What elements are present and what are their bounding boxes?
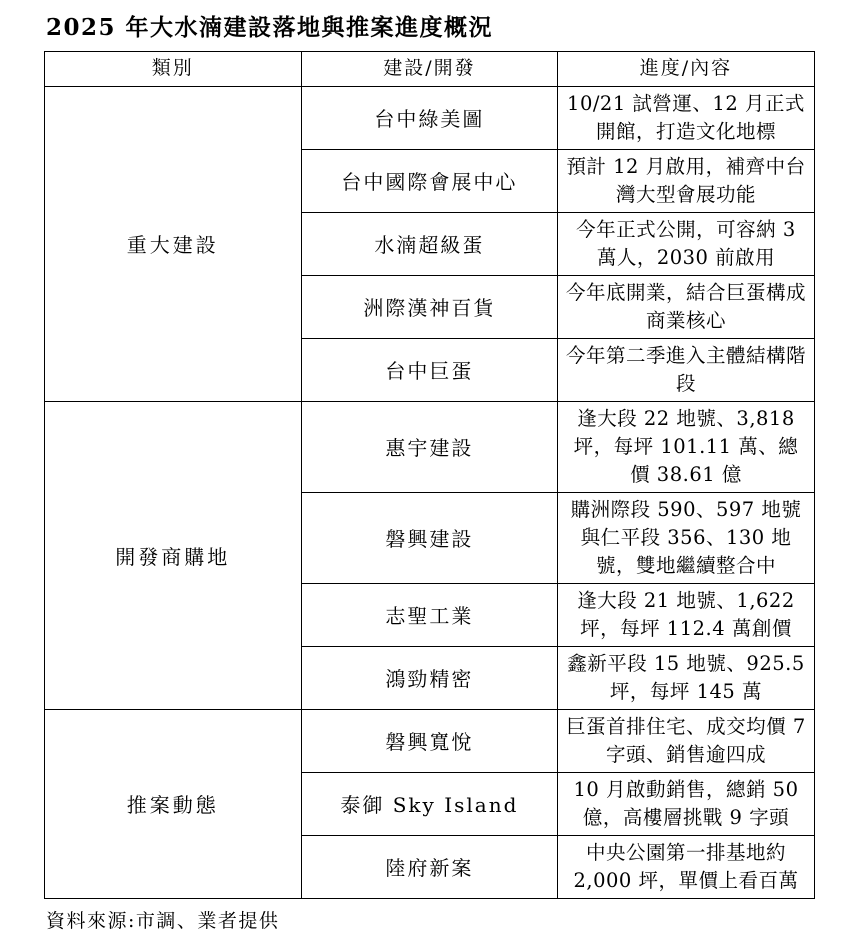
- column-header-project: 建設/開發: [301, 51, 558, 86]
- progress-cell: 今年底開業，結合巨蛋構成商業核心: [558, 275, 815, 338]
- progress-cell: 預計 12 月啟用，補齊中台灣大型會展功能: [558, 149, 815, 212]
- progress-cell: 今年第二季進入主體結構階段: [558, 338, 815, 401]
- table-row: 重大建設 台中綠美圖 10/21 試營運、12 月正式開館，打造文化地標: [45, 86, 815, 149]
- page: 2025 年大水湳建設落地與推案進度概況 類別 建設/開發 進度/內容 重大建設…: [0, 0, 856, 892]
- project-cell: 磐興建設: [301, 492, 558, 583]
- table-row: 開發商購地 惠宇建設 逢大段 22 地號、3,818 坪，每坪 101.11 萬…: [45, 401, 815, 492]
- progress-cell: 逢大段 22 地號、3,818 坪，每坪 101.11 萬、總價 38.61 億: [558, 401, 815, 492]
- project-cell: 水湳超級蛋: [301, 212, 558, 275]
- project-cell: 洲際漢神百貨: [301, 275, 558, 338]
- project-cell: 惠宇建設: [301, 401, 558, 492]
- column-header-category: 類別: [45, 51, 302, 86]
- progress-table: 類別 建設/開發 進度/內容 重大建設 台中綠美圖 10/21 試營運、12 月…: [44, 51, 815, 899]
- project-cell: 泰御 Sky Island: [301, 772, 558, 835]
- progress-cell: 10/21 試營運、12 月正式開館，打造文化地標: [558, 86, 815, 149]
- project-cell: 磐興寬悅: [301, 709, 558, 772]
- progress-cell: 逢大段 21 地號、1,622 坪，每坪 112.4 萬創價: [558, 583, 815, 646]
- progress-cell: 鑫新平段 15 地號、925.5 坪，每坪 145 萬: [558, 646, 815, 709]
- category-cell-major-construction: 重大建設: [45, 86, 302, 401]
- table-row: 推案動態 磐興寬悅 巨蛋首排住宅、成交均價 7 字頭、銷售逾四成: [45, 709, 815, 772]
- project-cell: 台中巨蛋: [301, 338, 558, 401]
- source-note: 資料來源:市調、業者提供: [46, 906, 856, 933]
- project-cell: 台中綠美圖: [301, 86, 558, 149]
- progress-cell: 購洲際段 590、597 地號與仁平段 356、130 地號，雙地繼續整合中: [558, 492, 815, 583]
- project-cell: 鴻勁精密: [301, 646, 558, 709]
- progress-cell: 巨蛋首排住宅、成交均價 7 字頭、銷售逾四成: [558, 709, 815, 772]
- project-cell: 陸府新案: [301, 835, 558, 898]
- progress-cell: 今年正式公開，可容納 3 萬人，2030 前啟用: [558, 212, 815, 275]
- page-title: 2025 年大水湳建設落地與推案進度概況: [46, 14, 856, 42]
- progress-cell: 10 月啟動銷售，總銷 50 億，高樓層挑戰 9 字頭: [558, 772, 815, 835]
- progress-cell: 中央公園第一排基地約 2,000 坪，單價上看百萬: [558, 835, 815, 898]
- header-row: 類別 建設/開發 進度/內容: [45, 51, 815, 86]
- project-cell: 台中國際會展中心: [301, 149, 558, 212]
- project-cell: 志聖工業: [301, 583, 558, 646]
- category-cell-developer-land: 開發商購地: [45, 401, 302, 709]
- category-cell-new-projects: 推案動態: [45, 709, 302, 898]
- column-header-progress: 進度/內容: [558, 51, 815, 86]
